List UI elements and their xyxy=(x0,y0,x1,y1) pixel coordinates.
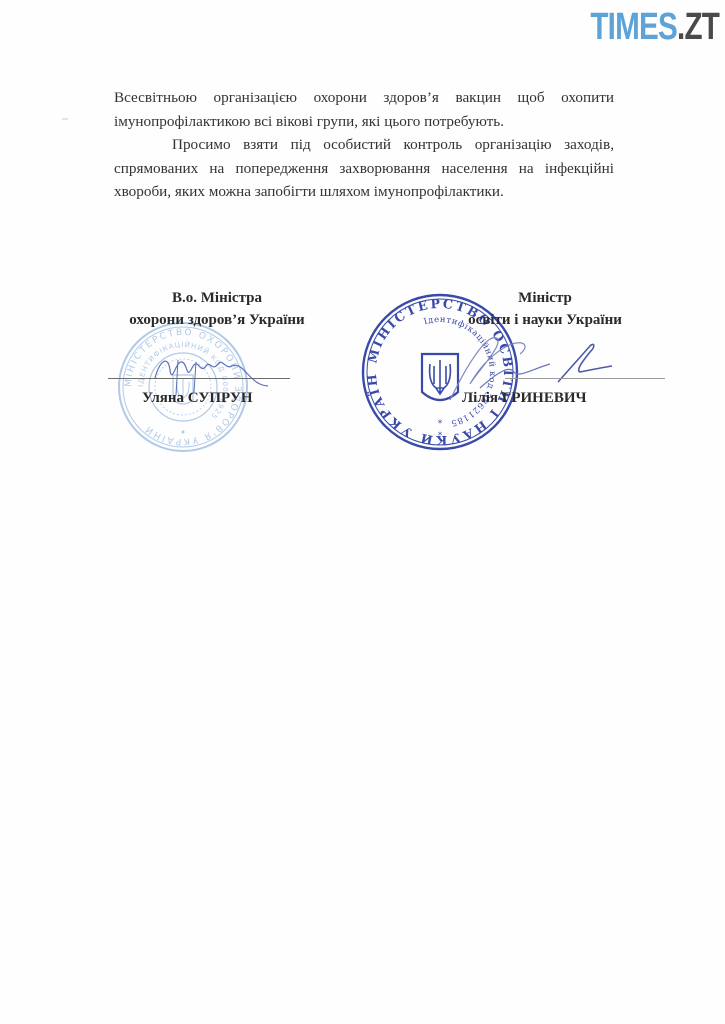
paragraph-1-line-1: Всесвітньою організацією охорони здоров’… xyxy=(114,86,614,110)
scan-artifact xyxy=(62,118,68,120)
left-signatory-title: В.о. Міністра охорони здоров’я України xyxy=(112,287,322,331)
paragraph-2-line-3: хвороби, яких можна запобігти шляхом іму… xyxy=(114,180,614,204)
right-signature-line xyxy=(505,378,665,379)
letter-body: Всесвітньою організацією охорони здоров’… xyxy=(114,86,614,204)
svg-text:*: * xyxy=(438,431,443,441)
paragraph-2-line-2: спрямованих на попередження захворювання… xyxy=(114,157,614,181)
right-signatory-name: Лілія ГРИНЕВИЧ xyxy=(462,390,587,407)
logo-part-times: TIMES xyxy=(590,6,677,48)
left-title-line-1: В.о. Міністра xyxy=(112,287,322,309)
left-title-line-2: охорони здоров’я України xyxy=(112,309,322,331)
right-title-line-1: Міністр xyxy=(440,287,650,309)
svg-text:*: * xyxy=(438,419,443,429)
paragraph-2-line-1: Просимо взяти під особистий контроль орг… xyxy=(114,133,614,157)
logo-part-zt: .ZT xyxy=(677,6,719,48)
left-signature-line xyxy=(108,378,290,379)
right-title-line-2: освіти і науки України xyxy=(440,309,650,331)
paragraph-1-line-2: імунопрофілактикою всі вікові групи, які… xyxy=(114,110,614,134)
times-zt-logo: TIMES.ZT xyxy=(590,8,719,46)
right-signatory-title: Міністр освіти і науки України xyxy=(440,287,650,331)
left-signatory-name: Уляна СУПРУН xyxy=(142,390,253,407)
